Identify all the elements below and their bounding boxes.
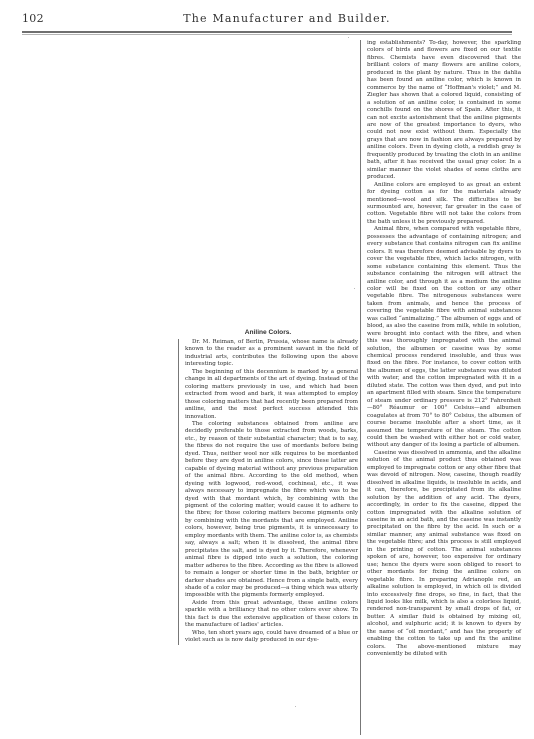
header-rule-thin xyxy=(22,34,512,35)
paragraph: Aside from this great advantage, these a… xyxy=(185,600,358,630)
running-title: The Manufacturer and Builder. xyxy=(22,12,512,25)
paragraph: Caseine was dissolved in ammonia, and th… xyxy=(367,450,521,659)
scan-speck xyxy=(348,37,349,38)
header-rule xyxy=(22,31,512,33)
page-header: 102 The Manufacturer and Builder. xyxy=(22,12,512,28)
paragraph: Dr. M. Reiman, of Berlin, Prussia, whose… xyxy=(185,339,358,369)
paragraph: The beginning of this decennium is marke… xyxy=(185,369,358,421)
right-column: ing establishments? To-day, however, the… xyxy=(360,40,521,735)
scan-speck xyxy=(295,706,296,707)
paragraph: The coloring substances obtained from an… xyxy=(185,421,358,600)
article-title: Aniline Colors. xyxy=(178,329,358,336)
left-column: Dr. M. Reiman, of Berlin, Prussia, whose… xyxy=(178,339,358,645)
paragraph: Aniline colors are employed to as great … xyxy=(367,182,521,227)
scan-speck xyxy=(354,288,355,289)
paragraph: Animal fibre, when compared with vegetab… xyxy=(367,226,521,450)
paragraph: ing establishments? To-day, however, the… xyxy=(367,40,521,182)
paragraph: Who, ten short years ago, could have dre… xyxy=(185,630,358,645)
